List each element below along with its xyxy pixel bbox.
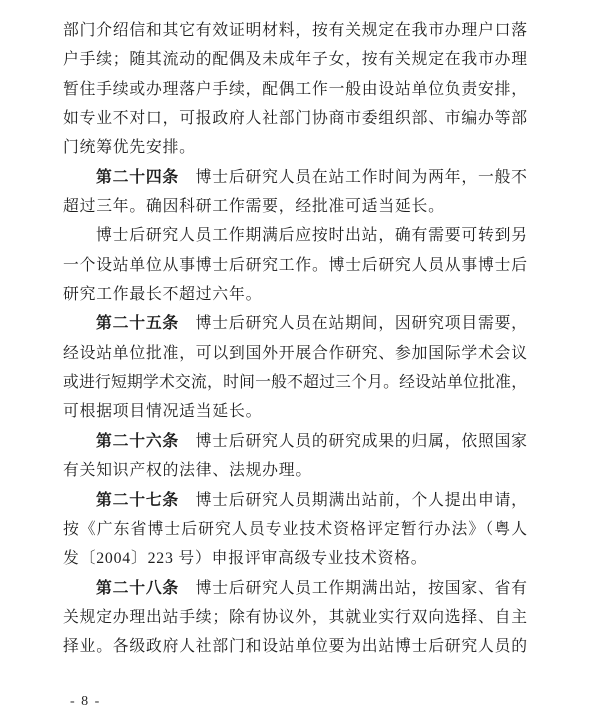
text-line: 部门介绍信和其它有效证明材料，按有关规定在我市办理户口落: [63, 16, 527, 45]
text-line: 博士后研究人员工作期满后应按时出站，确有需要可转到另: [63, 221, 527, 250]
line-text: 部门介绍信和其它有效证明材料，按有关规定在我市办理户口落: [63, 22, 527, 39]
text-line: 超过三年。确因科研工作需要，经批准可适当延长。: [63, 192, 527, 221]
line-text: 如专业不对口，可报政府人社部门协商市委组织部、市编办等部: [63, 110, 527, 127]
article-heading: 第二十八条: [96, 580, 179, 597]
article-heading: 第二十七条: [96, 492, 179, 509]
line-text: 博士后研究人员的研究成果的归属，依照国家: [196, 433, 527, 450]
text-line: 按《广东省博士后研究人员专业技术资格评定暂行办法》（粤人: [63, 515, 527, 544]
text-line: 如专业不对口，可报政府人社部门协商市委组织部、市编办等部: [63, 104, 527, 133]
line-text: 户手续；随其流动的配偶及未成年子女，按有关规定在我市办理: [63, 51, 527, 68]
page-number: - 8 -: [70, 694, 101, 710]
text-line: 一个设站单位从事博士后研究工作。博士后研究人员从事博士后: [63, 251, 527, 280]
text-line: 经设站单位批准，可以到国外开展合作研究、参加国际学术会议: [63, 339, 527, 368]
text-line: 或进行短期学术交流，时间一般不超过三个月。经设站单位批准，: [63, 368, 527, 397]
line-text: 或进行短期学术交流，时间一般不超过三个月。经设站单位批准，: [63, 374, 527, 391]
line-text: 有关知识产权的法律、法规办理。: [63, 462, 312, 479]
text-line: 择业。各级政府人社部门和设站单位要为出站博士后研究人员的: [63, 632, 527, 661]
document-body: 部门介绍信和其它有效证明材料，按有关规定在我市办理户口落户手续；随其流动的配偶及…: [63, 16, 527, 662]
text-line: 门统筹优先安排。: [63, 133, 527, 162]
text-line: 可根据项目情况适当延长。: [63, 397, 527, 426]
text-line: 关规定办理出站手续；除有协议外，其就业实行双向选择、自主: [63, 603, 527, 632]
text-line: 第二十八条 博士后研究人员工作期满出站，按国家、省有: [63, 574, 527, 603]
line-text: 博士后研究人员期满出站前，个人提出申请，: [196, 492, 527, 509]
line-text: 研究工作最长不超过六年。: [63, 286, 262, 303]
line-text: 超过三年。确因科研工作需要，经批准可适当延长。: [63, 198, 445, 215]
line-text: 一个设站单位从事博士后研究工作。博士后研究人员从事博士后: [63, 257, 527, 274]
text-line: 发〔2004〕223 号）申报评审高级专业技术资格。: [63, 544, 527, 573]
text-line: 第二十六条 博士后研究人员的研究成果的归属，依照国家: [63, 427, 527, 456]
line-text: 发〔2004〕223 号）申报评审高级专业技术资格。: [63, 550, 427, 567]
text-line: 第二十五条 博士后研究人员在站期间，因研究项目需要，: [63, 309, 527, 338]
text-line: 有关知识产权的法律、法规办理。: [63, 456, 527, 485]
text-line: 第二十七条 博士后研究人员期满出站前，个人提出申请，: [63, 486, 527, 515]
document-page: 部门介绍信和其它有效证明材料，按有关规定在我市办理户口落户手续；随其流动的配偶及…: [0, 0, 590, 726]
line-text: 择业。各级政府人社部门和设站单位要为出站博士后研究人员的: [63, 638, 527, 655]
article-heading: 第二十六条: [96, 433, 179, 450]
text-line: 户手续；随其流动的配偶及未成年子女，按有关规定在我市办理: [63, 45, 527, 74]
article-heading: 第二十四条: [96, 169, 179, 186]
line-text: 关规定办理出站手续；除有协议外，其就业实行双向选择、自主: [63, 609, 527, 626]
line-text: 博士后研究人员工作期满后应按时出站，确有需要可转到另: [96, 227, 527, 244]
line-text: 按《广东省博士后研究人员专业技术资格评定暂行办法》（粤人: [63, 521, 527, 538]
line-text: 门统筹优先安排。: [63, 139, 196, 156]
line-text: 博士后研究人员工作期满出站，按国家、省有: [196, 580, 527, 597]
text-line: 第二十四条 博士后研究人员在站工作时间为两年，一般不: [63, 163, 527, 192]
line-text: 暂住手续或办理落户手续，配偶工作一般由设站单位负责安排，: [63, 81, 527, 98]
line-text: 博士后研究人员在站工作时间为两年，一般不: [196, 169, 527, 186]
line-text: 经设站单位批准，可以到国外开展合作研究、参加国际学术会议: [63, 345, 527, 362]
line-text: 可根据项目情况适当延长。: [63, 403, 262, 420]
article-heading: 第二十五条: [96, 315, 179, 332]
line-text: 博士后研究人员在站期间，因研究项目需要，: [196, 315, 527, 332]
text-line: 研究工作最长不超过六年。: [63, 280, 527, 309]
text-line: 暂住手续或办理落户手续，配偶工作一般由设站单位负责安排，: [63, 75, 527, 104]
